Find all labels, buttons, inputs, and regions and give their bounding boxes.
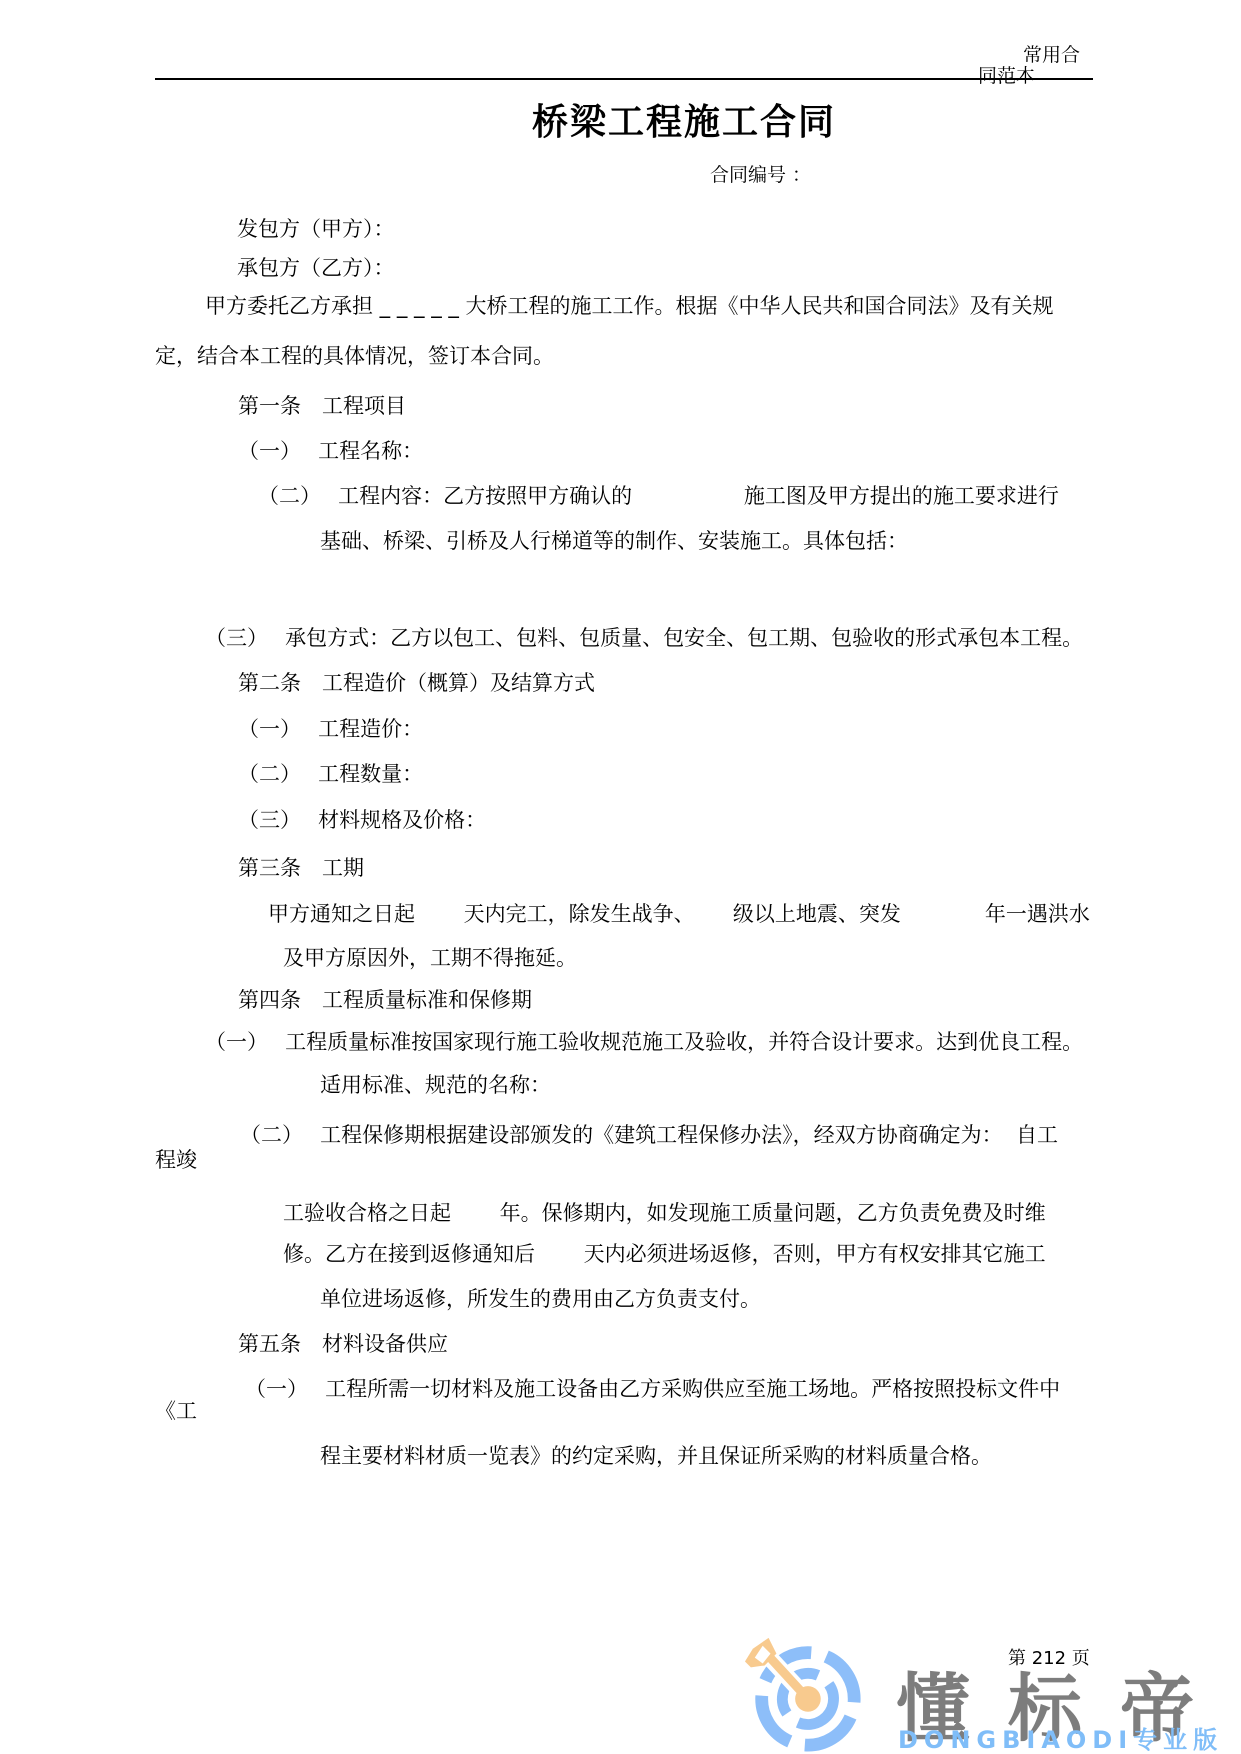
clause-3-heading: 第三条 工期 — [238, 855, 364, 881]
clause-4-item-2-wrap: 程竣 — [155, 1147, 197, 1173]
contract-number-line: 合同编号 ： — [710, 160, 811, 187]
bullseye-dart-logo-icon — [742, 1632, 866, 1754]
header-tag-line-1: 常用合 — [1023, 46, 1080, 66]
clause-5-item-1-wrap: 《工 — [155, 1398, 197, 1424]
contract-page: 常用合 同范本 桥梁工程施工合同 合同编号 ： 发包方（甲方）： 承包方（乙方）… — [0, 0, 1241, 1754]
clause-4-item-1-cont: 适用标准、规范的名称： — [320, 1072, 551, 1098]
clause-4-heading: 第四条 工程质量标准和保修期 — [238, 987, 532, 1013]
intro-line-2: 定，结合本工程的具体情况，签订本合同。 — [155, 343, 554, 369]
clause-4-item-2-cont-1: 工验收合格之日起 年。保修期内，如发现施工质量问题，乙方负责免费及时维 — [283, 1200, 1046, 1226]
clause-1-item-3: （三） 承包方式：乙方以包工、包料、包质量、包安全、包工期、包验收的形式承包本工… — [205, 625, 1083, 651]
party-a-line: 发包方（甲方）： — [237, 216, 395, 242]
intro-line-1: 甲方委托乙方承担 _ _ _ _ _ 大桥工程的施工工作。根据《中华人民共和国合… — [205, 293, 1054, 319]
clause-2-item-3: （三） 材料规格及价格： — [238, 807, 486, 833]
clause-3-line-1: 甲方通知之日起 天内完工，除发生战争、 级以上地震、突发 年一遇洪水 — [268, 901, 1090, 927]
clause-1-item-1: （一） 工程名称： — [238, 438, 423, 464]
clause-5-item-1: （一） 工程所需一切材料及施工设备由乙方采购供应至施工场地。严格按照投标文件中 — [245, 1376, 1060, 1402]
page-title: 桥梁工程施工合同 — [532, 94, 836, 145]
party-b-line: 承包方（乙方）： — [237, 255, 395, 281]
clause-1-item-2: （二） 工程内容：乙方按照甲方确认的 施工图及甲方提出的施工要求进行 — [258, 483, 1059, 509]
clause-4-item-1: （一） 工程质量标准按国家现行施工验收规范施工及验收，并符合设计要求。达到优良工… — [205, 1029, 1083, 1055]
clause-2-item-1: （一） 工程造价： — [238, 716, 423, 742]
clause-3-line-2: 及甲方原因外，工期不得拖延。 — [283, 945, 577, 971]
header-rule — [155, 78, 1093, 80]
clause-4-item-2-cont-3: 单位进场返修，所发生的费用由乙方负责支付。 — [320, 1286, 761, 1312]
watermark: 懂标帝 DONGBIAODI专业版 — [0, 0, 1241, 1754]
clause-1-heading: 第一条 工程项目 — [238, 393, 406, 419]
watermark-brand-en: DONGBIAODI专业版 — [898, 1720, 1223, 1754]
clause-4-item-2: （二） 工程保修期根据建设部颁发的《建筑工程保修办法》，经双方协商确定为： 自工 — [240, 1122, 1058, 1148]
clause-2-item-2: （二） 工程数量： — [238, 761, 423, 787]
clause-4-item-2-cont-2: 修。乙方在接到返修通知后 天内必须进场返修，否则，甲方有权安排其它施工 — [283, 1241, 1046, 1267]
clause-2-heading: 第二条 工程造价（概算）及结算方式 — [238, 670, 595, 696]
header-tag-line-2: 同范本 — [978, 67, 1035, 87]
clause-5-heading: 第五条 材料设备供应 — [238, 1331, 448, 1357]
page-number: 第 212 页 — [1008, 1644, 1090, 1670]
clause-5-item-1-cont: 程主要材料材质一览表》的约定采购，并且保证所采购的材料质量合格。 — [320, 1443, 992, 1469]
clause-1-item-2-cont: 基础、桥梁、引桥及人行梯道等的制作、安装施工。具体包括： — [320, 528, 908, 554]
